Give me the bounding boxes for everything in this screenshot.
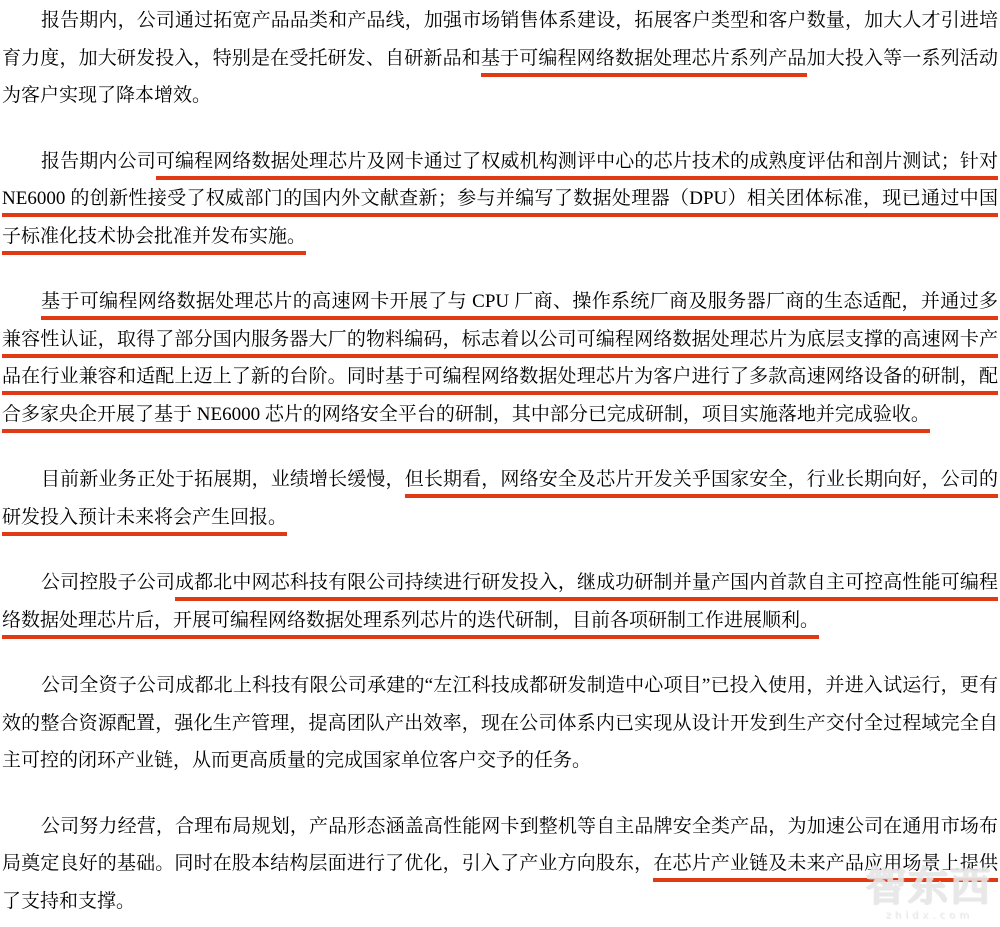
paragraph: 公司控股子公司成都北中网芯科技有限公司持续进行研发投入，继成功研制并量产国内首款… [2, 564, 998, 639]
text-line: 为客户实现了降本增效。 [2, 77, 998, 115]
text-line: 研发投入预计未来将会产生回报。 [2, 499, 998, 537]
underlined-text: 可编程网络数据处理芯片及网卡通过了权威机构测评中心的芯片技术的成熟度评估和剖片测… [156, 151, 998, 180]
text-line: 基于可编程网络数据处理芯片的高速网卡开展了与 CPU 厂商、操作系统厂商及服务器… [2, 283, 998, 321]
paragraph: 目前新业务正处于拓展期，业绩增长缓慢，但长期看，网络安全及芯片开发关乎国家安全，… [2, 461, 998, 536]
underlined-text: 基于可编程网络数据处理芯片系列产品 [481, 48, 807, 77]
text-line: 局奠定良好的基础。同时在股本结构层面进行了优化，引入了产业方向股东，在芯片产业链… [2, 845, 998, 883]
text-line: 主可控的闭环产业链，从而更高质量的完成国家单位客户交予的任务。 [2, 742, 998, 780]
text-line: 品在行业兼容和适配上迈上了新的台阶。同时基于可编程网络数据处理芯片为客户进行了多… [2, 358, 998, 396]
text-line: 公司努力经营，合理布局规划，产品形态涵盖高性能网卡到整机等自主品牌安全类产品，为… [2, 808, 998, 846]
text-line: 兼容性认证，取得了部分国内服务器大厂的物料编码，标志着以公司可编程网络数据处理芯… [2, 321, 998, 359]
underlined-text: 但长期看，网络安全及芯片开发关乎国家安全，行业长期向好，公司的 [405, 469, 998, 498]
text-line: 育力度，加大研发投入，特别是在受托研发、自研新品和基于可编程网络数据处理芯片系列… [2, 40, 998, 78]
paragraph: 报告期内公司可编程网络数据处理芯片及网卡通过了权威机构测评中心的芯片技术的成熟度… [2, 143, 998, 256]
underlined-text: 兼容性认证，取得了部分国内服务器大厂的物料编码，标志着以公司可编程网络数据处理芯… [2, 329, 998, 358]
text-line: 公司全资子公司成都北上科技有限公司承建的“左江科技成都研发制造中心项目”已投入使… [2, 667, 998, 705]
text-line: 了支持和支撑。 [2, 883, 998, 921]
underlined-text: NE6000 的创新性接受了权威部门的国内外文献查新；参与并编写了数据处理器（D… [2, 188, 998, 218]
underlined-text: 合多家央企开展了基于 NE6000 芯片的网络安全平台的研制，其中部分已完成研制… [2, 404, 930, 433]
underlined-text: 研发投入预计未来将会产生回报。 [2, 507, 287, 536]
text-segment: 育力度，加大研发投入，特别是在受托研发、自研新品和 [2, 48, 481, 69]
text-segment: 目前新业务正处于拓展期，业绩增长缓慢， [41, 469, 405, 490]
text-segment: 公司全资子公司成都北上科技有限公司承建的“左江科技成都研发制造中心项目”已投入使… [41, 675, 998, 696]
text-line: 子标准化技术协会批准并发布实施。 [2, 218, 998, 256]
text-segment: 效的整合资源配置，强化生产管理，提高团队产出效率，现在公司体系内已实现从设计开发… [2, 713, 998, 734]
text-line: 目前新业务正处于拓展期，业绩增长缓慢，但长期看，网络安全及芯片开发关乎国家安全，… [2, 461, 998, 499]
page: { "page": { "background_color": "#ffffff… [0, 0, 1000, 927]
text-segment: 报告期内，公司通过拓宽产品品类和产品线，加强市场销售体系建设，拓展客户类型和客户… [41, 10, 998, 31]
text-segment: 公司控股子公司 [41, 572, 175, 593]
paragraph: 报告期内，公司通过拓宽产品品类和产品线，加强市场销售体系建设，拓展客户类型和客户… [2, 2, 998, 115]
text-line: 合多家央企开展了基于 NE6000 芯片的网络安全平台的研制，其中部分已完成研制… [2, 396, 998, 434]
underlined-text: 品在行业兼容和适配上迈上了新的台阶。同时基于可编程网络数据处理芯片为客户进行了多… [2, 366, 998, 395]
text-line: NE6000 的创新性接受了权威部门的国内外文献查新；参与并编写了数据处理器（D… [2, 180, 998, 218]
paragraph: 公司全资子公司成都北上科技有限公司承建的“左江科技成都研发制造中心项目”已投入使… [2, 667, 998, 780]
text-line: 报告期内公司可编程网络数据处理芯片及网卡通过了权威机构测评中心的芯片技术的成熟度… [2, 143, 998, 181]
text-line: 效的整合资源配置，强化生产管理，提高团队产出效率，现在公司体系内已实现从设计开发… [2, 705, 998, 743]
underlined-text: 在芯片产业链及未来产品应用场景上提供 [653, 853, 998, 882]
text-segment: 加大投入等一系列活动 [807, 48, 998, 69]
text-line: 报告期内，公司通过拓宽产品品类和产品线，加强市场销售体系建设，拓展客户类型和客户… [2, 2, 998, 40]
text-segment: 了支持和支撑。 [2, 891, 135, 912]
underlined-text: 子标准化技术协会批准并发布实施。 [2, 226, 306, 255]
text-line: 络数据处理芯片后，开展可编程网络数据处理系列芯片的迭代研制，目前各项研制工作进展… [2, 602, 998, 640]
paragraph: 公司努力经营，合理布局规划，产品形态涵盖高性能网卡到整机等自主品牌安全类产品，为… [2, 808, 998, 921]
text-segment: 主可控的闭环产业链，从而更高质量的完成国家单位客户交予的任务。 [2, 750, 591, 771]
text-segment: 局奠定良好的基础。同时在股本结构层面进行了优化，引入了产业方向股东， [2, 853, 653, 874]
document-body: 报告期内，公司通过拓宽产品品类和产品线，加强市场销售体系建设，拓展客户类型和客户… [0, 0, 1000, 920]
text-line: 公司控股子公司成都北中网芯科技有限公司持续进行研发投入，继成功研制并量产国内首款… [2, 564, 998, 602]
text-segment: 为客户实现了降本增效。 [2, 85, 211, 106]
underlined-text: 基于可编程网络数据处理芯片的高速网卡开展了与 CPU 厂商、操作系统厂商及服务器… [2, 291, 998, 321]
text-segment: 公司努力经营，合理布局规划，产品形态涵盖高性能网卡到整机等自主品牌安全类产品，为… [41, 816, 998, 837]
paragraph: 基于可编程网络数据处理芯片的高速网卡开展了与 CPU 厂商、操作系统厂商及服务器… [2, 283, 998, 433]
underlined-text: 络数据处理芯片后，开展可编程网络数据处理系列芯片的迭代研制，目前各项研制工作进展… [2, 610, 819, 639]
text-segment: 报告期内公司 [41, 151, 156, 172]
